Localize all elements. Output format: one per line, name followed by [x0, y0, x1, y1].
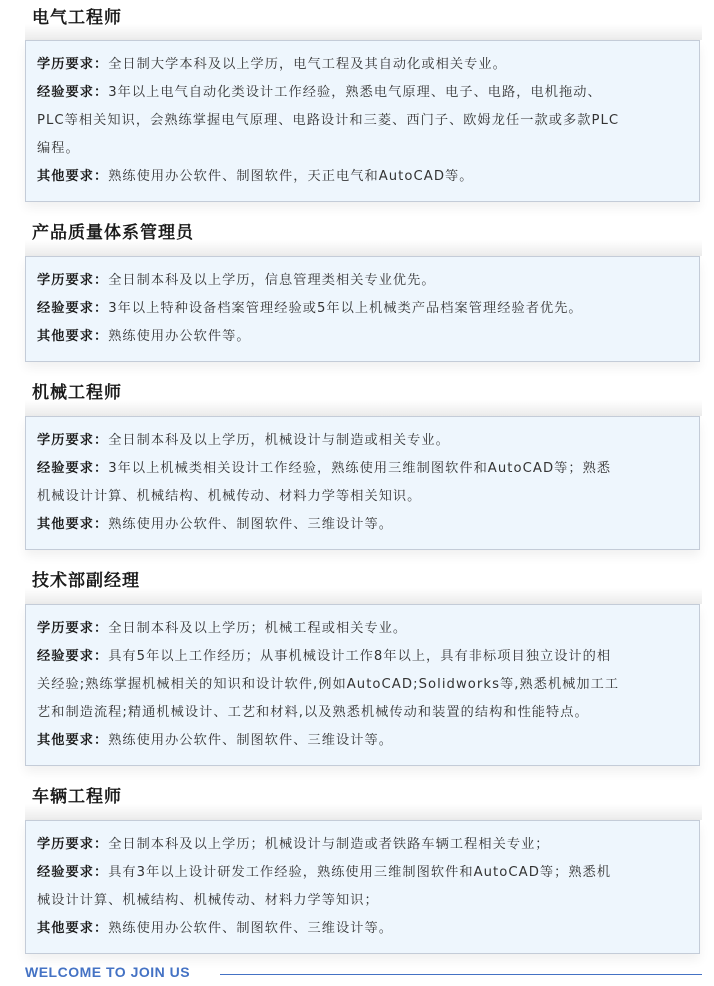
experience-requirement-cont: 关经验;熟练掌握机械相关的知识和设计软件,例如AutoCAD;Solidwork… [37, 671, 687, 699]
requirement-text: 具有5年以上工作经历；从事机械设计工作8年以上，具有非标项目独立设计的相 [108, 649, 611, 664]
experience-requirement: 经验要求：3年以上电气自动化类设计工作经验，熟悉电气原理、电子、电路，电机拖动、 [37, 79, 687, 107]
requirements-card: 学历要求：全日制大学本科及以上学历，电气工程及其自动化或相关专业。 经验要求：3… [25, 40, 700, 202]
requirement-text: 全日制本科及以上学历，机械设计与制造或相关专业。 [108, 433, 450, 448]
experience-requirement-cont: 艺和制造流程;精通机械设计、工艺和材料,以及熟悉机械传动和装置的结构和性能特点。 [37, 699, 687, 727]
experience-requirement-cont: 机械设计计算、机械结构、机械传动、材料力学等相关知识。 [37, 483, 687, 511]
other-requirement: 其他要求：熟练使用办公软件、制图软件、三维设计等。 [37, 511, 687, 539]
requirement-text: 全日制本科及以上学历；机械设计与制造或者铁路车辆工程相关专业； [108, 837, 549, 852]
experience-requirement-cont: PLC等相关知识，会熟练掌握电气原理、电路设计和三菱、西门子、欧姆龙任一款或多款… [37, 107, 687, 135]
experience-requirement: 经验要求：3年以上机械类相关设计工作经验，熟练使用三维制图软件和AutoCAD等… [37, 455, 687, 483]
requirement-label: 学历要求： [37, 57, 108, 72]
requirement-text: 具有3年以上设计研发工作经验，熟练使用三维制图软件和AutoCAD等；熟悉机 [108, 865, 611, 880]
requirement-label: 经验要求： [37, 301, 108, 316]
requirement-text: 3年以上机械类相关设计工作经验，熟练使用三维制图软件和AutoCAD等；熟悉 [108, 461, 611, 476]
requirements-card: 学历要求：全日制本科及以上学历；机械工程或相关专业。 经验要求：具有5年以上工作… [25, 604, 700, 766]
requirement-label: 其他要求： [37, 921, 108, 936]
requirements-card: 学历要求：全日制本科及以上学历，机械设计与制造或相关专业。 经验要求：3年以上机… [25, 416, 700, 550]
requirement-text: 3年以上特种设备档案管理经验或5年以上机械类产品档案管理经验者优先。 [108, 301, 582, 316]
requirement-text: 全日制大学本科及以上学历，电气工程及其自动化或相关专业。 [108, 57, 507, 72]
requirement-text: 全日制本科及以上学历，信息管理类相关专业优先。 [108, 273, 435, 288]
requirement-label: 学历要求： [37, 273, 108, 288]
experience-requirement: 经验要求：具有5年以上工作经历；从事机械设计工作8年以上，具有非标项目独立设计的… [37, 643, 687, 671]
requirement-label: 其他要求： [37, 329, 108, 344]
requirement-label: 经验要求： [37, 649, 108, 664]
experience-requirement: 经验要求：具有3年以上设计研发工作经验，熟练使用三维制图软件和AutoCAD等；… [37, 859, 687, 887]
requirement-label: 学历要求： [37, 837, 108, 852]
education-requirement: 学历要求：全日制本科及以上学历，信息管理类相关专业优先。 [37, 267, 687, 295]
requirements-card: 学历要求：全日制本科及以上学历；机械设计与制造或者铁路车辆工程相关专业； 经验要… [25, 820, 700, 954]
other-requirement: 其他要求：熟练使用办公软件、制图软件，天正电气和AutoCAD等。 [37, 163, 687, 191]
experience-requirement: 经验要求：3年以上特种设备档案管理经验或5年以上机械类产品档案管理经验者优先。 [37, 295, 687, 323]
footer-divider-line [220, 974, 702, 975]
divider-shadow [25, 240, 702, 256]
requirement-label: 经验要求： [37, 865, 108, 880]
requirement-text: 熟练使用办公软件、制图软件，天正电气和AutoCAD等。 [108, 169, 473, 184]
divider-shadow [25, 588, 702, 604]
requirement-text: 全日制本科及以上学历；机械工程或相关专业。 [108, 621, 407, 636]
experience-requirement-cont: 械设计计算、机械结构、机械传动、材料力学等知识； [37, 887, 687, 915]
divider-shadow [25, 400, 702, 416]
requirement-text: 熟练使用办公软件等。 [108, 329, 250, 344]
welcome-banner-text: WELCOME TO JOIN US [25, 964, 190, 980]
requirement-label: 其他要求： [37, 517, 108, 532]
education-requirement: 学历要求：全日制本科及以上学历，机械设计与制造或相关专业。 [37, 427, 687, 455]
other-requirement: 其他要求：熟练使用办公软件、制图软件、三维设计等。 [37, 727, 687, 755]
requirement-label: 其他要求： [37, 169, 108, 184]
requirement-text: 3年以上电气自动化类设计工作经验，熟悉电气原理、电子、电路，电机拖动、 [108, 85, 602, 100]
requirement-text: 熟练使用办公软件、制图软件、三维设计等。 [108, 733, 393, 748]
requirement-text: 熟练使用办公软件、制图软件、三维设计等。 [108, 517, 393, 532]
requirement-label: 经验要求： [37, 461, 108, 476]
divider-shadow [25, 24, 702, 40]
education-requirement: 学历要求：全日制大学本科及以上学历，电气工程及其自动化或相关专业。 [37, 51, 687, 79]
requirement-text: 熟练使用办公软件、制图软件、三维设计等。 [108, 921, 393, 936]
requirement-label: 学历要求： [37, 621, 108, 636]
education-requirement: 学历要求：全日制本科及以上学历；机械设计与制造或者铁路车辆工程相关专业； [37, 831, 687, 859]
divider-shadow [25, 804, 702, 820]
requirements-card: 学历要求：全日制本科及以上学历，信息管理类相关专业优先。 经验要求：3年以上特种… [25, 256, 700, 362]
requirement-label: 经验要求： [37, 85, 108, 100]
requirement-label: 其他要求： [37, 733, 108, 748]
education-requirement: 学历要求：全日制本科及以上学历；机械工程或相关专业。 [37, 615, 687, 643]
requirement-label: 学历要求： [37, 433, 108, 448]
experience-requirement-cont: 编程。 [37, 135, 687, 163]
other-requirement: 其他要求：熟练使用办公软件、制图软件、三维设计等。 [37, 915, 687, 943]
other-requirement: 其他要求：熟练使用办公软件等。 [37, 323, 687, 351]
